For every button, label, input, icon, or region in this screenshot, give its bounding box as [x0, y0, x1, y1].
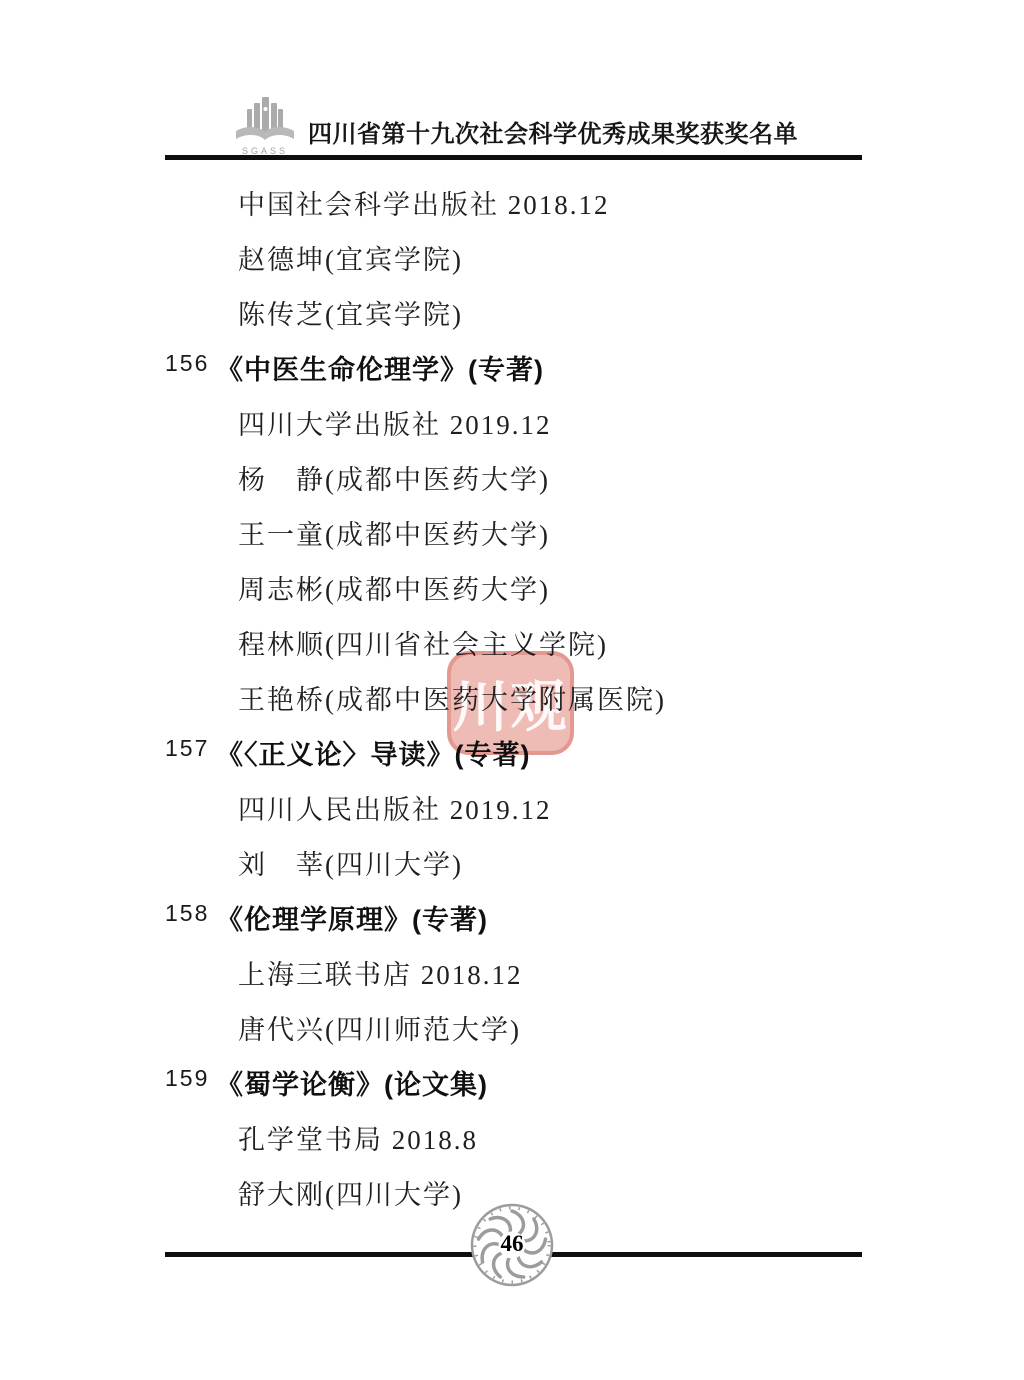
- page-title: 四川省第十九次社会科学优秀成果奖获奖名单: [308, 114, 798, 149]
- list-row: 唐代兴(四川师范大学): [165, 1008, 521, 1040]
- list-row: 中国社会科学出版社 2018.12: [165, 183, 610, 215]
- list-row: 杨 静(成都中医药大学): [165, 458, 550, 490]
- row-text: 上海三联书店 2018.12: [238, 953, 523, 992]
- entry-number: 156: [165, 350, 209, 377]
- row-text: 四川人民出版社 2019.12: [238, 788, 552, 827]
- entry-title: 《〈正义论〉导读》(专著): [216, 733, 530, 772]
- document-page: SGASS 四川省第十九次社会科学优秀成果奖获奖名单 川观 中国社会科学出版社 …: [0, 0, 1024, 1380]
- row-text: 陈传芝(宜宾学院): [238, 293, 463, 332]
- row-text: 程林顺(四川省社会主义学院): [238, 623, 608, 662]
- row-text: 王一童(成都中医药大学): [238, 513, 550, 552]
- list-row: 王一童(成都中医药大学): [165, 513, 550, 545]
- entry-number: 157: [165, 735, 209, 762]
- entry-number: 158: [165, 900, 209, 927]
- row-text: 孔学堂书局 2018.8: [238, 1118, 478, 1157]
- entry-row: 159《蜀学论衡》(论文集): [165, 1063, 488, 1095]
- row-text: 唐代兴(四川师范大学): [238, 1008, 521, 1047]
- row-text: 赵德坤(宜宾学院): [238, 238, 463, 277]
- list-row: 孔学堂书局 2018.8: [165, 1118, 478, 1150]
- entry-title: 《伦理学原理》(专著): [216, 898, 488, 937]
- row-text: 王艳桥(成都中医药大学附属医院): [238, 678, 666, 717]
- entry-title: 《蜀学论衡》(论文集): [216, 1063, 488, 1102]
- row-text: 杨 静(成都中医药大学): [238, 458, 550, 497]
- list-row: 王艳桥(成都中医药大学附属医院): [165, 678, 666, 710]
- entry-row: 157《〈正义论〉导读》(专著): [165, 733, 530, 765]
- row-text: 刘 莘(四川大学): [238, 843, 463, 882]
- list-row: 赵德坤(宜宾学院): [165, 238, 463, 270]
- row-text: 舒大刚(四川大学): [238, 1173, 463, 1212]
- entry-row: 156《中医生命伦理学》(专著): [165, 348, 544, 380]
- list-row: 四川大学出版社 2019.12: [165, 403, 552, 435]
- list-row: 周志彬(成都中医药大学): [165, 568, 550, 600]
- entry-title: 《中医生命伦理学》(专著): [216, 348, 544, 387]
- list-row: 上海三联书店 2018.12: [165, 953, 523, 985]
- row-text: 四川大学出版社 2019.12: [238, 403, 552, 442]
- list-row: 陈传芝(宜宾学院): [165, 293, 463, 325]
- entry-row: 158《伦理学原理》(专著): [165, 898, 488, 930]
- page-number: 46: [470, 1231, 554, 1257]
- list-row: 四川人民出版社 2019.12: [165, 788, 552, 820]
- entry-number: 159: [165, 1065, 209, 1092]
- header-divider: [165, 155, 862, 160]
- list-row: 刘 莘(四川大学): [165, 843, 463, 875]
- list-row: 程林顺(四川省社会主义学院): [165, 623, 608, 655]
- list-row: 舒大刚(四川大学): [165, 1173, 463, 1205]
- row-text: 中国社会科学出版社 2018.12: [238, 183, 610, 222]
- row-text: 周志彬(成都中医药大学): [238, 568, 550, 607]
- sgass-logo-icon: [231, 96, 299, 146]
